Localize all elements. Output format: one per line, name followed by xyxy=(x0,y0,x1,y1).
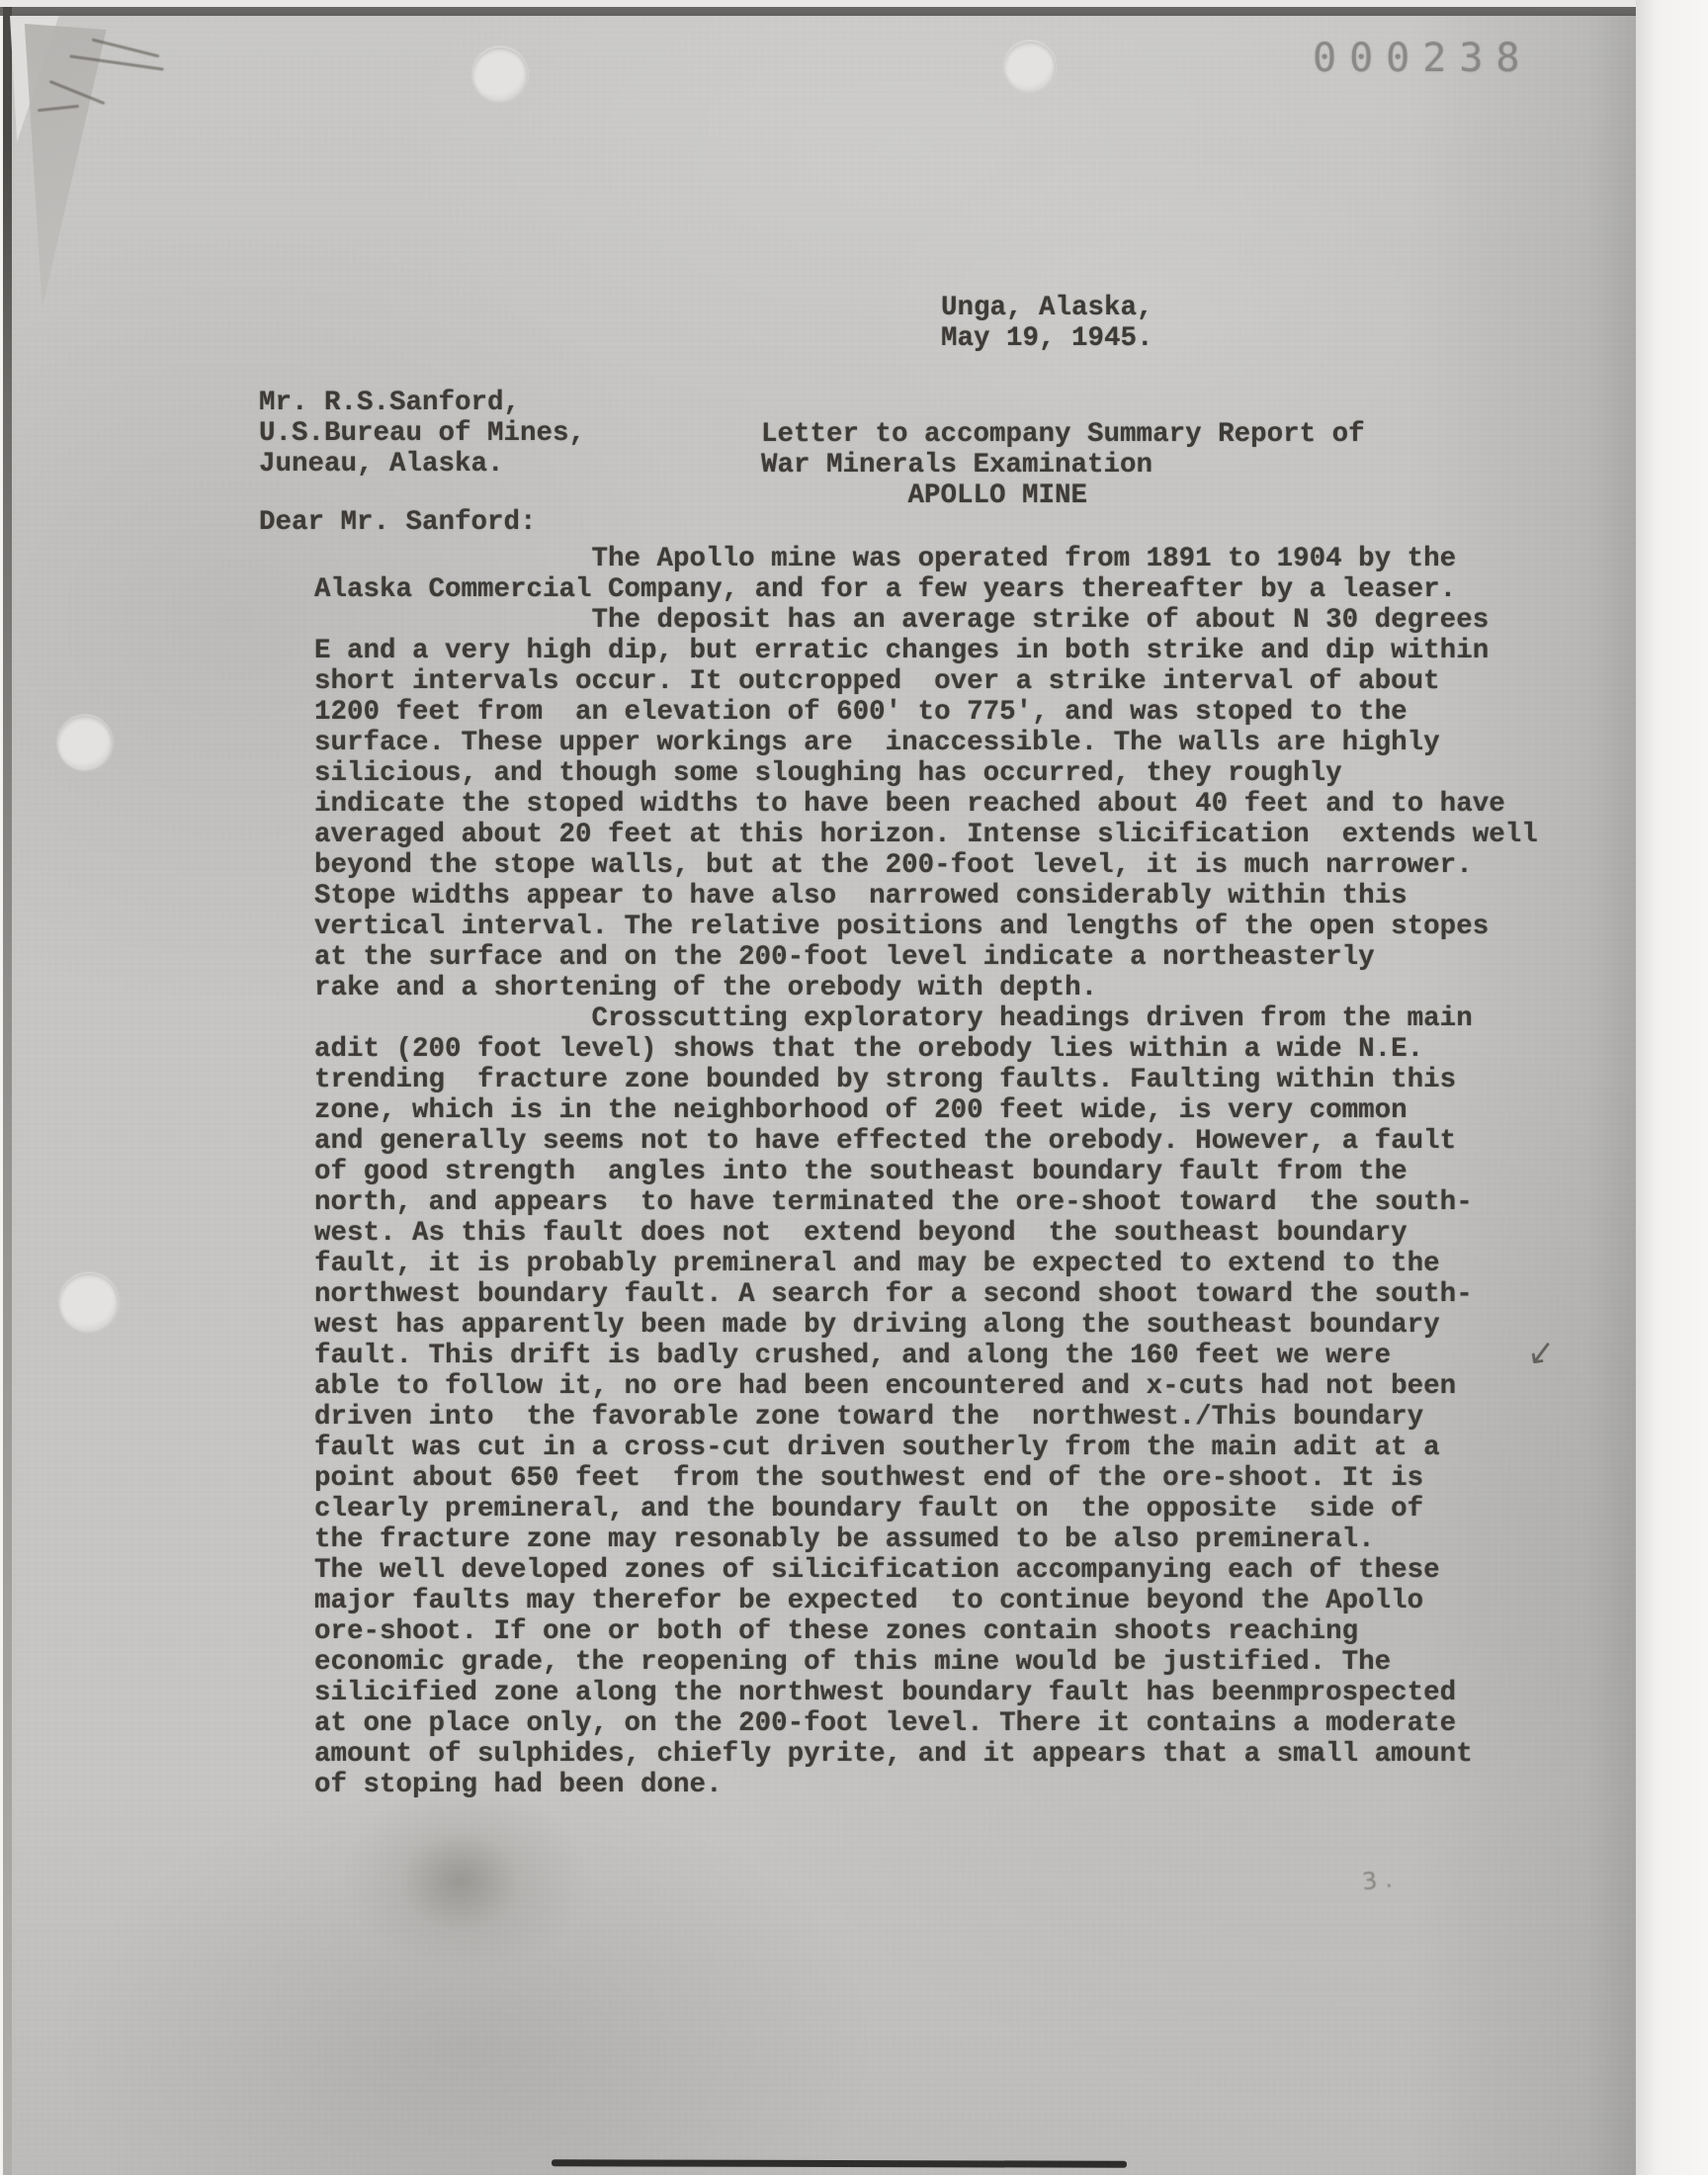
scanned-letter-page: 000238 Unga, Alaska, May 19, 1945. Mr. R… xyxy=(0,0,1708,2175)
subject-block: Letter to accompany Summary Report of Wa… xyxy=(761,419,1365,511)
salutation: Dear Mr. Sanford: xyxy=(259,507,537,538)
margin-arrow-annotation: ↙ xyxy=(1524,1331,1558,1374)
recipient-address: Mr. R.S.Sanford, U.S.Bureau of Mines, Ju… xyxy=(259,388,585,479)
dateline: Unga, Alaska, May 19, 1945. xyxy=(941,293,1153,354)
pencil-mark-annotation: 3 . xyxy=(1361,1865,1394,1895)
typewritten-text-layer: Unga, Alaska, May 19, 1945. Mr. R.S.Sanf… xyxy=(0,0,1708,2175)
letter-body: The Apollo mine was operated from 1891 t… xyxy=(314,544,1538,1800)
